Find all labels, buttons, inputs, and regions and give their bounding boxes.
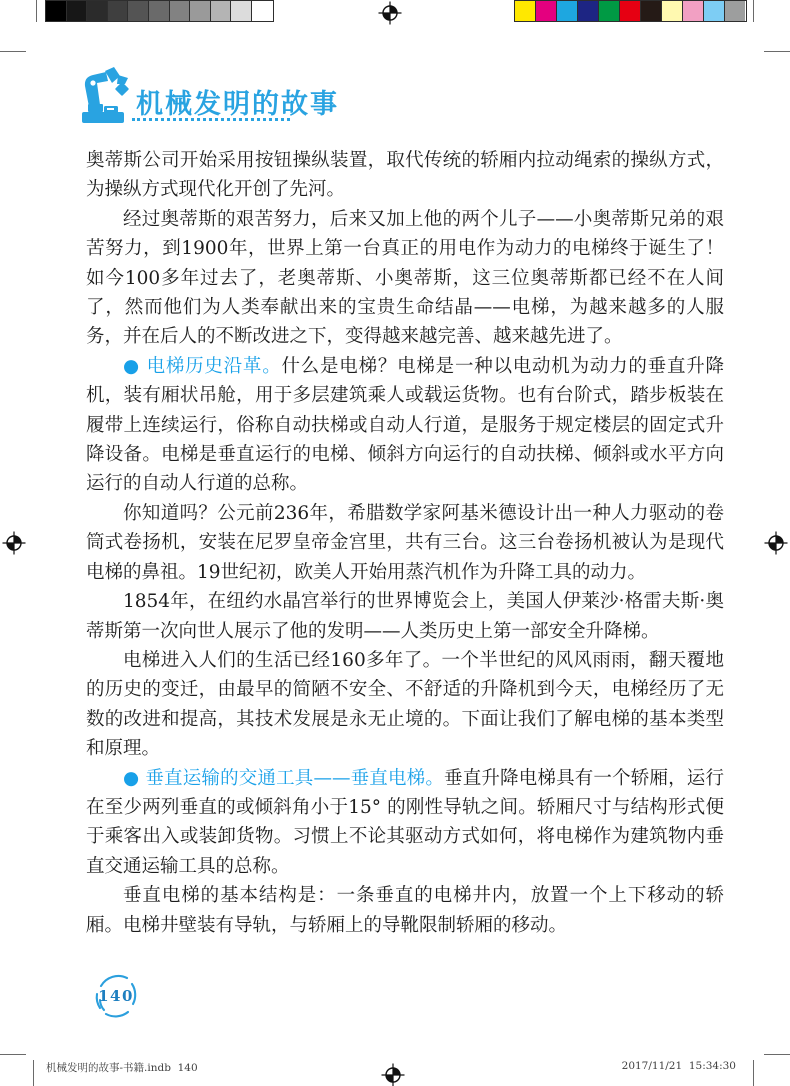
- chapter-title: 机械发明的故事: [136, 82, 376, 121]
- calibration-patch: [641, 1, 662, 21]
- section-heading: ● 电梯历史沿革。: [123, 356, 281, 377]
- paragraph-text: 1854年，在纽约水晶宫举行的世界博览会上，美国人伊莱沙·格雷夫斯·奥蒂斯第一次…: [86, 591, 724, 641]
- calibration-patch: [578, 1, 599, 21]
- calibration-patch: [46, 1, 67, 21]
- book-page: 机械发明的故事 奥蒂斯公司开始采用按钮操纵装置，取代传统的轿厢内拉动绳索的操纵方…: [0, 0, 790, 1086]
- footer-file-label: 机械发明的故事-书籍.indb 140: [46, 1060, 198, 1075]
- robot-arm-icon: [74, 62, 136, 124]
- footer-datetime: 2017/11/21 15:34:30: [622, 1060, 736, 1072]
- trim-mark: [0, 1054, 26, 1055]
- calibration-patch: [211, 1, 232, 21]
- calibration-patch: [108, 1, 129, 21]
- paragraph: 垂直电梯的基本结构是：一条垂直的电梯井内，放置一个上下移动的轿厢。电梯井壁装有导…: [86, 881, 724, 940]
- paragraph-text: 垂直电梯的基本结构是：一条垂直的电梯井内，放置一个上下移动的轿厢。电梯井壁装有导…: [86, 885, 724, 935]
- trim-mark: [753, 1060, 754, 1086]
- paragraph-text: 经过奥蒂斯的艰苦努力，后来又加上他的两个儿子——小奥蒂斯兄弟的艰苦努力，到190…: [86, 209, 724, 348]
- calibration-patch: [515, 1, 536, 21]
- calibration-patch: [149, 1, 170, 21]
- calibration-patch: [231, 1, 252, 21]
- paragraph: 奥蒂斯公司开始采用按钮操纵装置，取代传统的轿厢内拉动绳索的操纵方式，为操纵方式现…: [86, 146, 724, 205]
- paragraph-text: 奥蒂斯公司开始采用按钮操纵装置，取代传统的轿厢内拉动绳索的操纵方式，为操纵方式现…: [86, 150, 724, 200]
- calibration-patch: [557, 1, 578, 21]
- section-heading: ● 垂直运输的交通工具——垂直电梯。: [123, 768, 444, 789]
- trim-mark: [753, 0, 754, 22]
- paragraph: ● 垂直运输的交通工具——垂直电梯。垂直升降电梯具有一个轿厢，运行在至少两列垂直…: [86, 764, 724, 882]
- trim-mark: [36, 0, 37, 22]
- trim-mark: [764, 51, 790, 52]
- registration-mark-icon: [378, 1, 402, 25]
- color-calibration-strip: [514, 0, 747, 22]
- calibration-patch: [87, 1, 108, 21]
- paragraph: 经过奥蒂斯的艰苦努力，后来又加上他的两个儿子——小奥蒂斯兄弟的艰苦努力，到190…: [86, 205, 724, 352]
- calibration-patch: [252, 1, 272, 21]
- calibration-patch: [190, 1, 211, 21]
- trim-mark: [764, 1054, 790, 1055]
- paragraph-text: 你知道吗？公元前236年，希腊数学家阿基米德设计出一种人力驱动的卷筒式卷扬机，安…: [86, 503, 724, 583]
- page-number: 140: [92, 987, 140, 1005]
- calibration-patch: [128, 1, 149, 21]
- calibration-patch: [683, 1, 704, 21]
- registration-mark-icon: [2, 531, 26, 555]
- calibration-patch: [620, 1, 641, 21]
- registration-mark-icon: [381, 1063, 405, 1086]
- paragraph: ● 电梯历史沿革。什么是电梯？电梯是一种以电动机为动力的垂直升降机，装有厢状吊舱…: [86, 352, 724, 499]
- calibration-patch: [725, 1, 745, 21]
- grayscale-calibration-strip: [45, 0, 274, 22]
- calibration-patch: [599, 1, 620, 21]
- calibration-patch: [704, 1, 725, 21]
- title-dotted-underline: [132, 118, 290, 121]
- calibration-patch: [662, 1, 683, 21]
- calibration-patch: [536, 1, 557, 21]
- page-body-text: 奥蒂斯公司开始采用按钮操纵装置，取代传统的轿厢内拉动绳索的操纵方式，为操纵方式现…: [86, 146, 724, 940]
- paragraph: 你知道吗？公元前236年，希腊数学家阿基米德设计出一种人力驱动的卷筒式卷扬机，安…: [86, 499, 724, 587]
- paragraph-text: 电梯进入人们的生活已经160多年了。一个半世纪的风风雨雨，翻天覆地的历史的变迁，…: [86, 650, 724, 759]
- trim-mark: [0, 51, 26, 52]
- calibration-patch: [67, 1, 88, 21]
- paragraph: 电梯进入人们的生活已经160多年了。一个半世纪的风风雨雨，翻天覆地的历史的变迁，…: [86, 646, 724, 764]
- page-number-badge: 140: [92, 972, 140, 1020]
- calibration-patch: [170, 1, 191, 21]
- trim-mark: [33, 1060, 34, 1086]
- paragraph: 1854年，在纽约水晶宫举行的世界博览会上，美国人伊莱沙·格雷夫斯·奥蒂斯第一次…: [86, 587, 724, 646]
- registration-mark-icon: [764, 531, 788, 555]
